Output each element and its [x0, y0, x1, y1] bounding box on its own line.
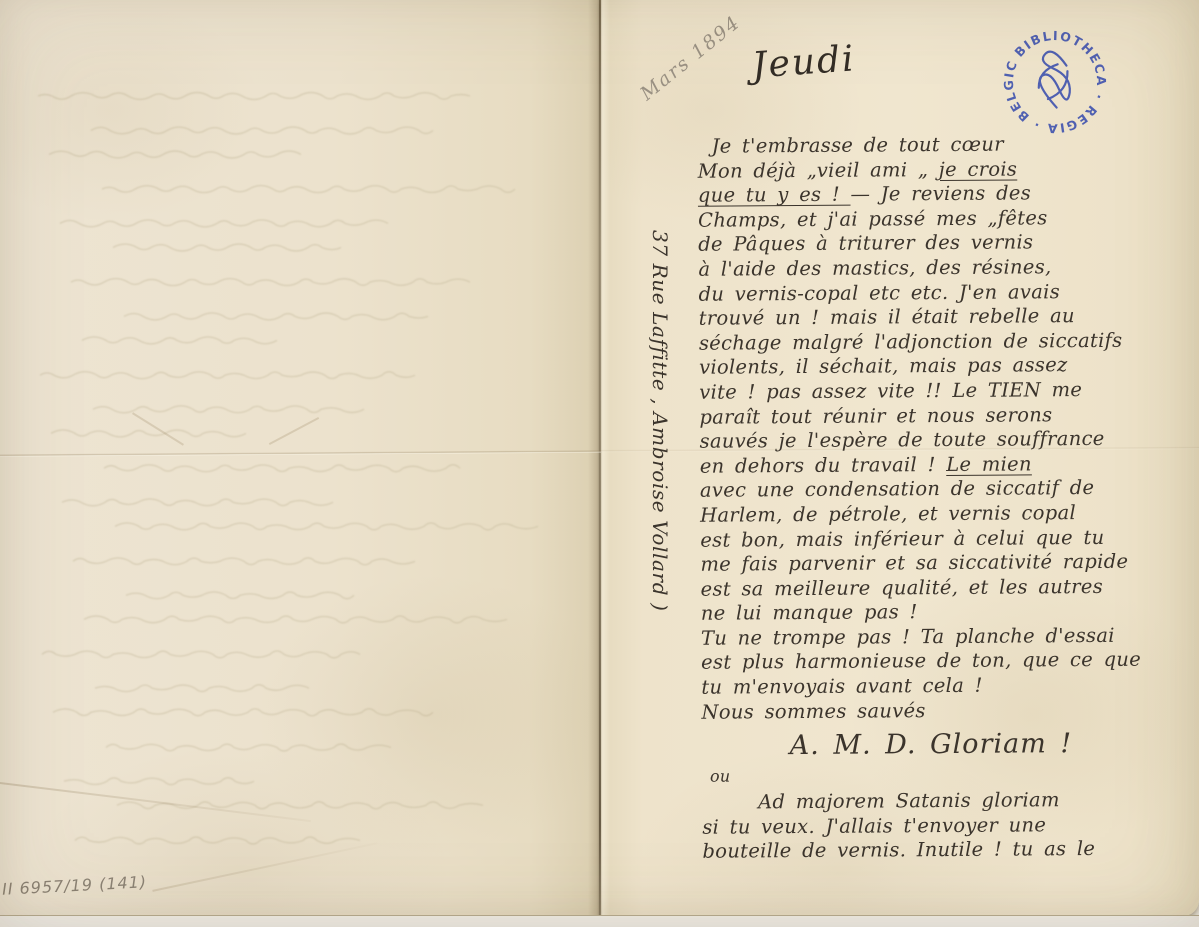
letter-line: ne lui manque pas !	[701, 599, 1195, 627]
letter-line: si tu veux. J'allais t'envoyer une	[702, 812, 1196, 840]
letter-line: en dehors du travail ! Le mien	[700, 451, 1194, 479]
letter-text: Tu ne trompe pas ! Ta planche d'essai	[701, 624, 1115, 650]
letter-line: du vernis-copal etc etc. J'en avais	[698, 279, 1192, 307]
letter-text: à l'aide des mastics, des résines,	[698, 255, 1051, 280]
scan-bed-edge	[0, 915, 1199, 927]
letter-text: violents, il séchait, mais pas assez	[699, 353, 1068, 379]
letter-text: Nous sommes sauvés	[701, 699, 925, 724]
letter-line: avec une condensation de siccatif de	[700, 476, 1194, 504]
letter-line: paraît tout réunir et nous serons	[699, 402, 1193, 430]
letter-line: ou	[710, 763, 1196, 787]
letter-body: Je t'embrasse de tout cœurMon déjà „viei…	[697, 131, 1196, 864]
letter-line: est sa meilleure qualité, et les autres	[701, 574, 1195, 602]
letter-text: est bon, mais inférieur à celui que tu	[700, 525, 1104, 551]
letter-text: Champs, et j'ai passé mes „fêtes	[698, 206, 1048, 231]
letter-text: Je t'embrasse de tout cœur	[711, 133, 1003, 158]
letter-text: bouteille de vernis. Inutile ! tu as le	[702, 837, 1095, 863]
letter-line: bouteille de vernis. Inutile ! tu as le	[702, 837, 1196, 865]
letter-text: paraît tout réunir et nous serons	[699, 403, 1052, 428]
letter-line: violents, il séchait, mais pas assez	[699, 353, 1193, 381]
letter-text: me fais parvenir et sa siccativité rapid…	[700, 550, 1128, 576]
letter-line: Mon déjà „vieil ami „ je crois	[698, 156, 1192, 184]
letter-day-heading: Jeudi	[751, 38, 857, 86]
underlined-phrase: je crois	[939, 157, 1018, 181]
underlined-phrase: Le mien	[946, 452, 1032, 476]
underlined-phrase: que tu y es !	[698, 183, 851, 207]
letter-line: à l'aide des mastics, des résines,	[698, 254, 1192, 282]
letter-line: est plus harmonieuse de ton, que ce que	[701, 648, 1195, 676]
letter-text: vite ! pas assez vite !! Le TIEN me	[699, 378, 1082, 404]
letter-line: sauvés je l'espère de toute souffrance	[700, 426, 1194, 454]
letter-line: tu m'envoyais avant cela !	[701, 672, 1195, 700]
letter-scan: II 6957/19 (141) Mars 1894 Jeudi BIBLIOT…	[0, 0, 1199, 927]
letter-text: Mon déjà „vieil ami „	[698, 158, 939, 183]
letter-text: — Je reviens des	[850, 182, 1031, 206]
letter-text: Harlem, de pétrole, et vernis copal	[700, 501, 1076, 527]
letter-line: que tu y es ! — Je reviens des	[698, 180, 1192, 208]
letter-line: Champs, et j'ai passé mes „fêtes	[698, 205, 1192, 233]
letter-line: Ad majorem Satanis gloriam	[758, 788, 1196, 816]
letter-line: est bon, mais inférieur à celui que tu	[700, 525, 1194, 553]
letter-line: Harlem, de pétrole, et vernis copal	[700, 500, 1194, 528]
letter-line: Je t'embrasse de tout cœur	[711, 131, 1191, 159]
letter-text: séchage malgré l'adjonction de siccatifs	[699, 329, 1123, 355]
bleedthrough-ghost-text	[0, 0, 601, 916]
letter-text: est sa meilleure qualité, et les autres	[701, 575, 1104, 601]
letter-line: séchage malgré l'adjonction de siccatifs	[699, 328, 1193, 356]
letter-text: si tu veux. J'allais t'envoyer une	[702, 813, 1046, 838]
catalog-number: II 6957/19 (141)	[2, 872, 148, 899]
letter-line: me fais parvenir et sa siccativité rapid…	[700, 549, 1194, 577]
letter-text: Ad majorem Satanis gloriam	[758, 788, 1060, 813]
letter-text: trouvé un ! mais il était rebelle au	[699, 304, 1075, 330]
letter-text: est plus harmonieuse de ton, que ce que	[701, 648, 1141, 674]
letter-line: A. M. D. Gloriam !	[790, 727, 1196, 764]
page-left-blank: II 6957/19 (141)	[0, 0, 601, 916]
letter-text: en dehors du travail !	[700, 453, 947, 478]
letter-text: A. M. D. Gloriam !	[790, 728, 1073, 761]
letter-text: tu m'envoyais avant cela !	[701, 674, 983, 699]
paper-tone-overlay	[0, 0, 601, 916]
letter-text: du vernis-copal etc etc. J'en avais	[698, 280, 1060, 306]
letter-text: sauvés je l'espère de toute souffrance	[700, 427, 1105, 453]
letter-line: de Pâques à triturer des vernis	[698, 230, 1192, 258]
letter-text: ou	[710, 767, 731, 786]
letter-text: ne lui manque pas !	[701, 600, 918, 625]
margin-address: 37 Rue Laffitte , Ambroise Vollard )	[648, 230, 672, 611]
letter-line: trouvé un ! mais il était rebelle au	[699, 303, 1193, 331]
letter-text: de Pâques à triturer des vernis	[698, 231, 1033, 256]
letter-line: Tu ne trompe pas ! Ta planche d'essai	[701, 623, 1195, 651]
letter-text: avec une condensation de siccatif de	[700, 476, 1095, 502]
letter-line: vite ! pas assez vite !! Le TIEN me	[699, 377, 1193, 405]
stamp-monogram	[1024, 49, 1085, 110]
letter-line: Nous sommes sauvés	[701, 697, 1195, 725]
